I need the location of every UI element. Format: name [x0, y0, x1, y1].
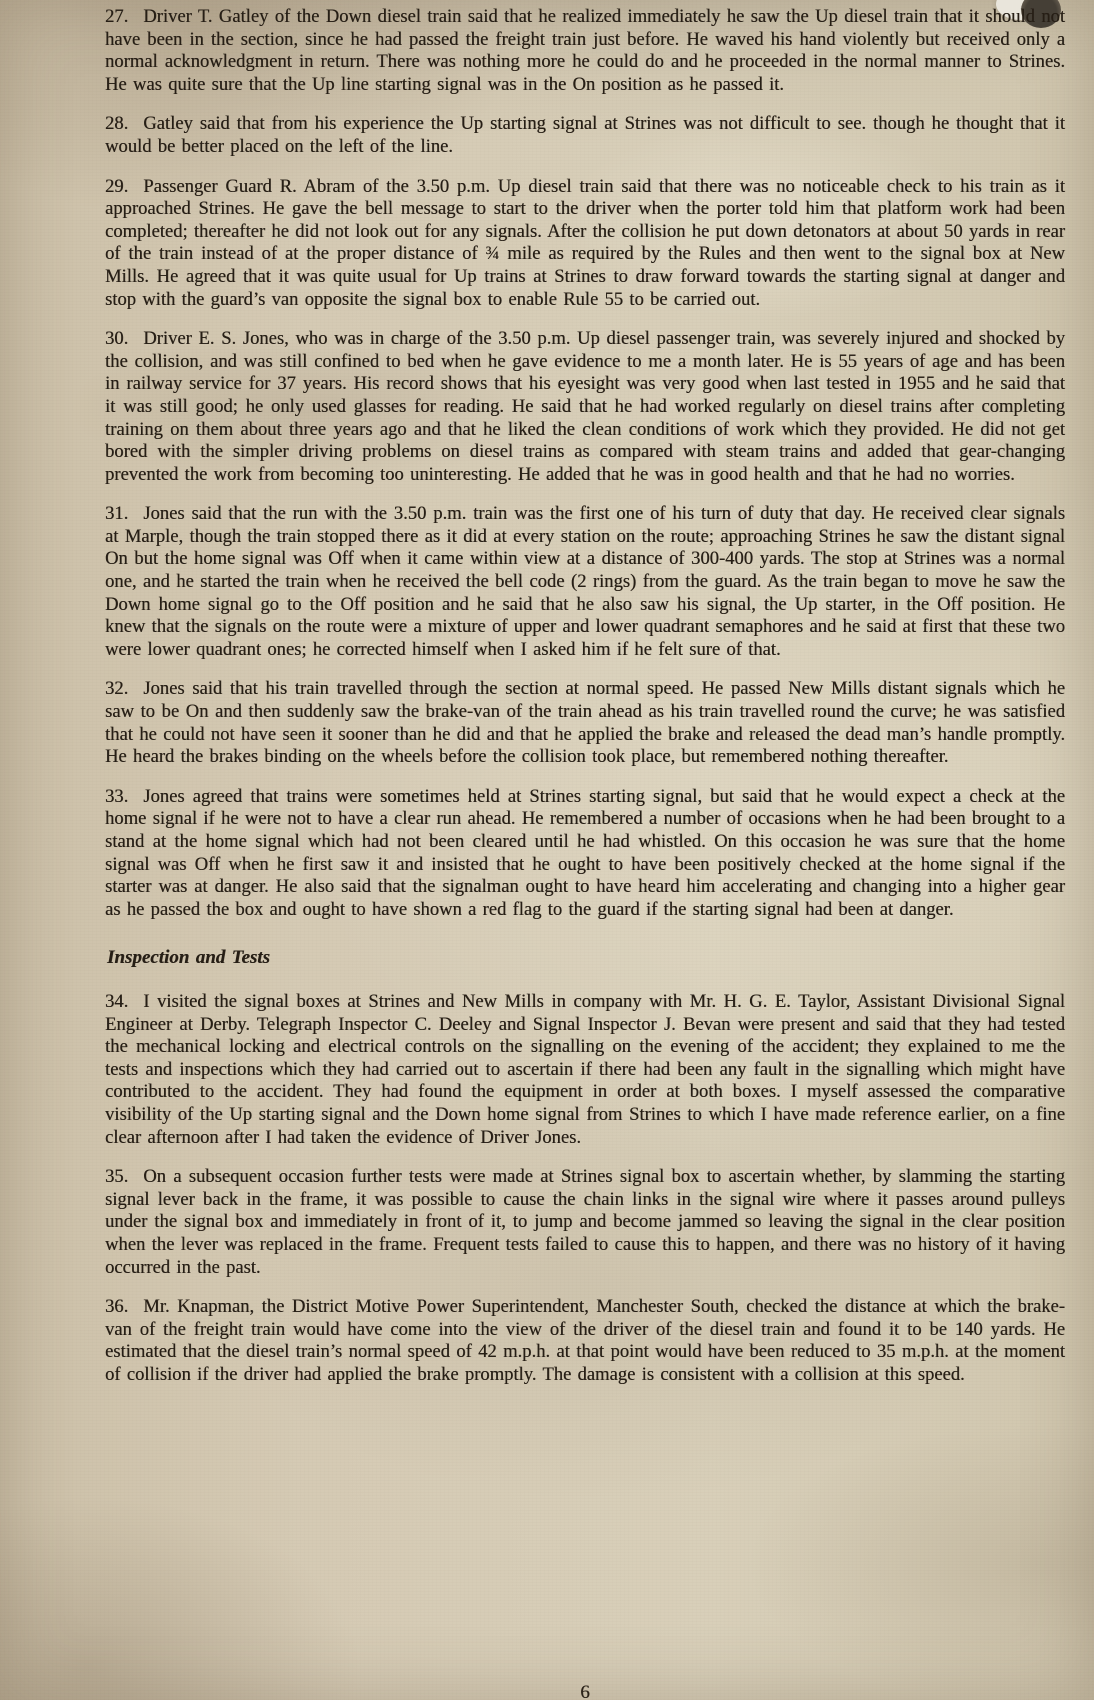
paragraph-text: Jones said that his train travelled thro… — [105, 678, 1065, 767]
paragraph-text: Mr. Knapman, the District Motive Power S… — [105, 1296, 1065, 1385]
paragraph-number: 35. — [105, 1166, 128, 1187]
paragraph-number: 33. — [105, 786, 128, 807]
page-content: 27.Driver T. Gatley of the Down diesel t… — [105, 6, 1065, 1403]
scanned-report-page: { "document": { "page_number": "6", "sec… — [0, 0, 1094, 1700]
paragraph-28: 28.Gatley said that from his experience … — [105, 113, 1065, 158]
paragraph-text: Jones agreed that trains were sometimes … — [105, 786, 1065, 920]
paragraph-text: Passenger Guard R. Abram of the 3.50 p.m… — [105, 176, 1065, 310]
paragraph-number: 30. — [105, 328, 128, 349]
paragraph-32: 32.Jones said that his train travelled t… — [105, 678, 1065, 768]
paragraph-number: 28. — [105, 113, 128, 134]
paragraph-number: 27. — [105, 6, 128, 27]
paragraph-number: 36. — [105, 1296, 128, 1317]
paragraph-35: 35.On a subsequent occasion further test… — [105, 1166, 1065, 1279]
paragraph-36: 36.Mr. Knapman, the District Motive Powe… — [105, 1296, 1065, 1386]
paragraph-number: 31. — [105, 503, 128, 524]
paragraph-text: Jones said that the run with the 3.50 p.… — [105, 503, 1065, 660]
section-heading-inspection-and-tests: Inspection and Tests — [107, 947, 1065, 970]
paragraph-text: Driver T. Gatley of the Down diesel trai… — [105, 6, 1065, 95]
paragraph-27: 27.Driver T. Gatley of the Down diesel t… — [105, 6, 1065, 96]
paragraph-30: 30.Driver E. S. Jones, who was in charge… — [105, 328, 1065, 486]
paragraph-text: I visited the signal boxes at Strines an… — [105, 991, 1065, 1148]
paragraph-text: Gatley said that from his experience the… — [105, 113, 1065, 157]
paragraph-number: 32. — [105, 678, 128, 699]
paragraph-number: 29. — [105, 176, 128, 197]
paragraph-number: 34. — [105, 991, 128, 1012]
paragraph-29: 29.Passenger Guard R. Abram of the 3.50 … — [105, 176, 1065, 312]
paragraph-text: On a subsequent occasion further tests w… — [105, 1166, 1065, 1277]
paragraph-33: 33.Jones agreed that trains were sometim… — [105, 786, 1065, 922]
paragraph-31: 31.Jones said that the run with the 3.50… — [105, 503, 1065, 661]
paragraph-text: Driver E. S. Jones, who was in charge of… — [105, 328, 1065, 485]
page-number: 6 — [105, 1682, 1065, 1700]
paragraph-34: 34.I visited the signal boxes at Strines… — [105, 991, 1065, 1149]
